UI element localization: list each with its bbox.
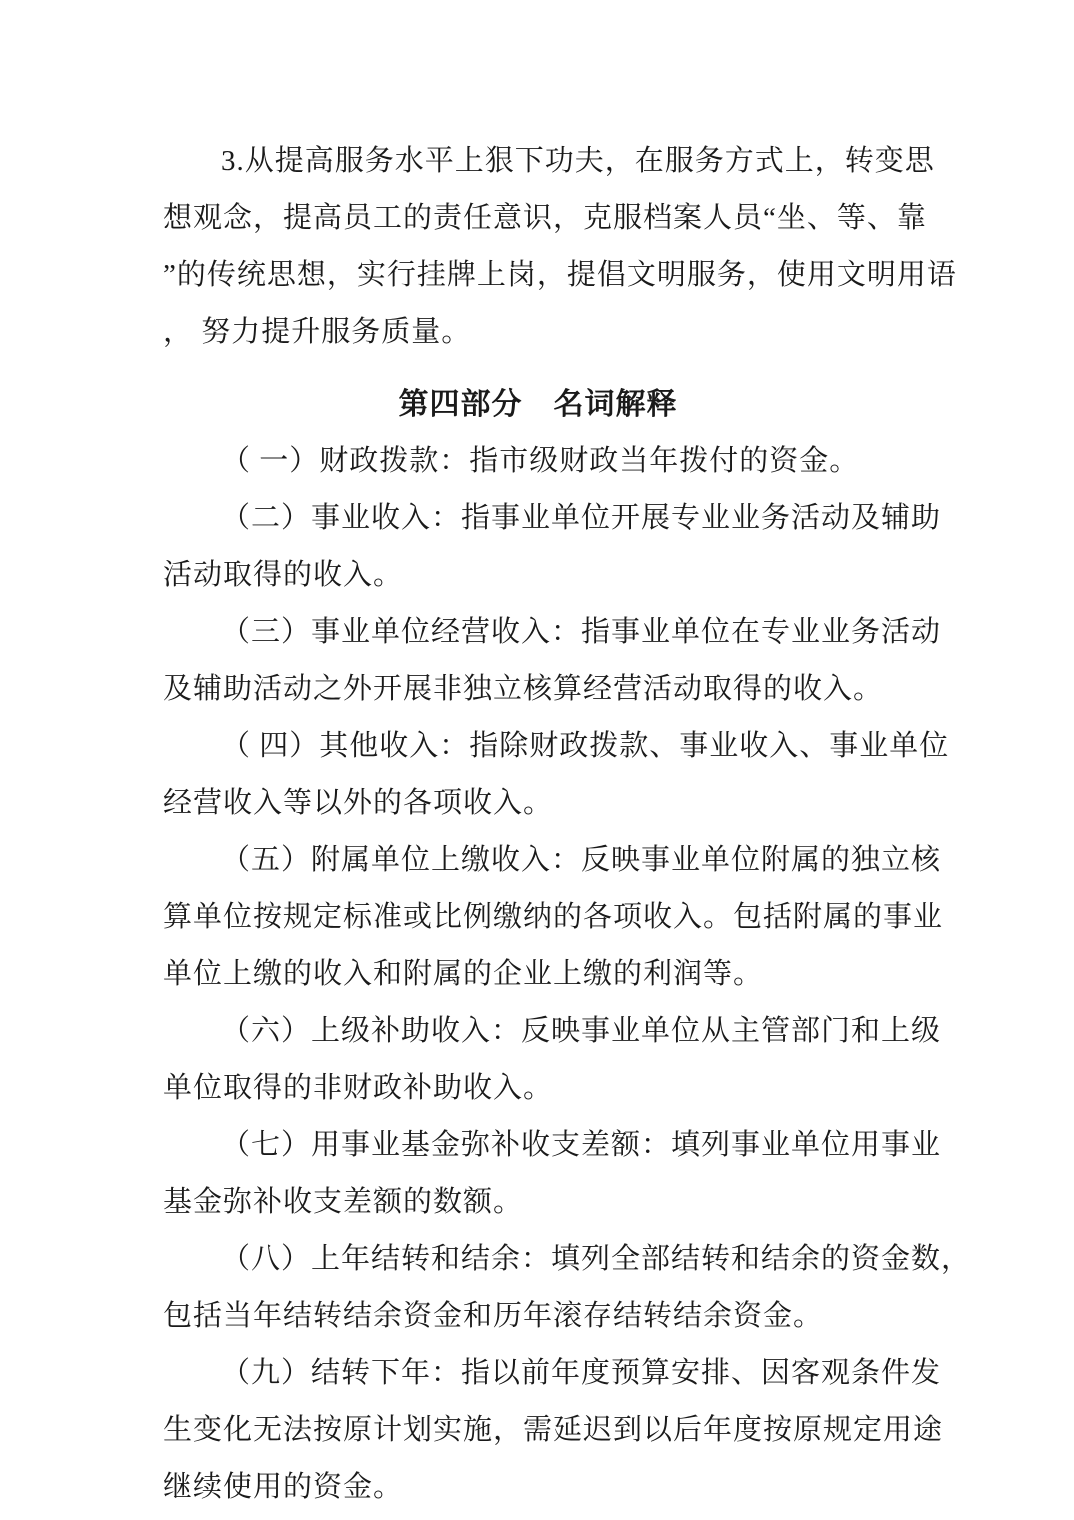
glossary-line-term-3: （三）事业单位经营收入：指事业单位在专业业务活动 — [163, 604, 913, 661]
document-page: 3.从提高服务水平上狠下功夫，在服务方式上，转变思 想观念，提高员工的责任意识，… — [0, 0, 1074, 1520]
glossary-line-term-2: （二）事业收入：指事业单位开展专业业务活动及辅助 — [163, 490, 913, 547]
intro-line: ”的传统思想，实行挂牌上岗，提倡文明服务，使用文明用语 — [163, 247, 913, 304]
glossary-line-term-1: （ 一）财政拨款：指市级财政当年拨付的资金。 — [163, 433, 913, 490]
glossary-line: 继续使用的资金。 — [163, 1459, 913, 1516]
glossary-line: 算单位按规定标准或比例缴纳的各项收入。包括附属的事业 — [163, 889, 913, 946]
glossary-line-term-5: （五）附属单位上缴收入：反映事业单位附属的独立核 — [163, 832, 913, 889]
glossary-line-term-8: （八）上年结转和结余：填列全部结转和结余的资金数， — [163, 1231, 913, 1288]
glossary-line: 经营收入等以外的各项收入。 — [163, 775, 913, 832]
glossary-line: 单位取得的非财政补助收入。 — [163, 1060, 913, 1117]
section-heading: 第四部分 名词解释 — [163, 376, 913, 433]
page-content: 3.从提高服务水平上狠下功夫，在服务方式上，转变思 想观念，提高员工的责任意识，… — [163, 133, 913, 1516]
glossary-line-term-4: （ 四）其他收入：指除财政拨款、事业收入、事业单位 — [163, 718, 913, 775]
glossary-line: 包括当年结转结余资金和历年滚存结转结余资金。 — [163, 1288, 913, 1345]
glossary-line-term-6: （六）上级补助收入：反映事业单位从主管部门和上级 — [163, 1003, 913, 1060]
glossary-line: 生变化无法按原计划实施，需延迟到以后年度按原规定用途 — [163, 1402, 913, 1459]
glossary-line: 单位上缴的收入和附属的企业上缴的利润等。 — [163, 946, 913, 1003]
intro-line: 3.从提高服务水平上狠下功夫，在服务方式上，转变思 — [163, 133, 913, 190]
intro-line: 想观念，提高员工的责任意识，克服档案人员“坐、等、靠 — [163, 190, 913, 247]
glossary-line: 及辅助活动之外开展非独立核算经营活动取得的收入。 — [163, 661, 913, 718]
glossary-line-term-7: （七）用事业基金弥补收支差额：填列事业单位用事业 — [163, 1117, 913, 1174]
glossary-line-term-9: （九）结转下年：指以前年度预算安排、因客观条件发 — [163, 1345, 913, 1402]
glossary-line: 基金弥补收支差额的数额。 — [163, 1174, 913, 1231]
intro-line: ， 努力提升服务质量。 — [163, 304, 913, 361]
glossary-line: 活动取得的收入。 — [163, 547, 913, 604]
